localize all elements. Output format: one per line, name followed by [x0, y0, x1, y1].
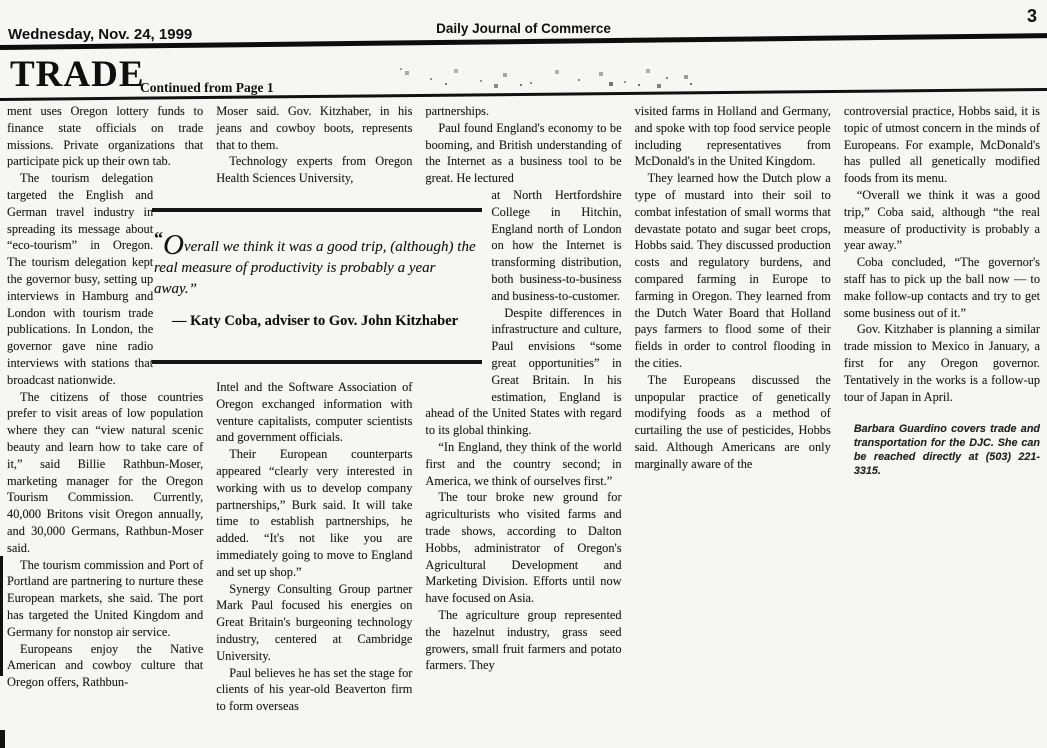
scan-edge-mark-bottom — [0, 730, 5, 748]
paragraph: Their European counterparts appeared “cl… — [216, 446, 412, 580]
page-number: 3 — [1027, 6, 1037, 27]
article-column-3: partnerships. Paul found England's econo… — [425, 100, 621, 748]
paragraph: Synergy Consulting Group partner Mark Pa… — [216, 581, 412, 665]
paragraph: Intel and the Software Association of Or… — [216, 379, 412, 446]
newspaper-page: { "masthead": { "date": "Wednesday, Nov.… — [0, 0, 1047, 748]
paragraph: Coba concluded, “The governor's staff ha… — [844, 254, 1040, 321]
article-column-1: ment uses Oregon lottery funds to financ… — [7, 100, 203, 748]
reporter-contact-note: Barbara Guardino covers trade and transp… — [844, 423, 1040, 478]
paragraph: Gov. Kitzhaber is planning a similar tra… — [844, 321, 1040, 405]
pull-quote-attribution: — Katy Coba, adviser to Gov. John Kitzha… — [172, 313, 478, 330]
paragraph: Europeans enjoy the Native American and … — [7, 641, 203, 691]
paragraph: controversial practice, Hobbs said, it i… — [844, 103, 1040, 187]
paragraph: The agriculture group represented the ha… — [425, 607, 621, 674]
paragraph: The tour broke new ground for agricultur… — [425, 489, 621, 607]
paragraph: “In England, they think of the world fir… — [425, 439, 621, 489]
paragraph: Moser said. Gov. Kitzhaber, in his jeans… — [216, 103, 412, 153]
article-column-4: visited farms in Holland and Germany, an… — [635, 100, 831, 748]
paragraph: Paul believes he has set the stage for c… — [216, 665, 412, 715]
paragraph: The Europeans discussed the unpopular pr… — [635, 372, 831, 473]
paragraph: ment uses Oregon lottery funds to financ… — [7, 103, 203, 170]
paragraph: visited farms in Holland and Germany, an… — [635, 103, 831, 170]
scan-edge-mark — [0, 556, 3, 676]
paragraph: They learned how the Dutch plow a type o… — [635, 170, 831, 372]
paragraph: The tourism commission and Port of Portl… — [7, 557, 203, 641]
pull-quote-open-mark: “ — [154, 228, 163, 248]
pull-quote-body: verall we think it was a good trip, (alt… — [154, 239, 476, 297]
pull-quote-text: “Overall we think it was a good trip, (a… — [154, 228, 478, 300]
section-headline: TRADE — [10, 58, 145, 92]
pull-quote-initial-cap: O — [163, 229, 184, 261]
article-column-2: Moser said. Gov. Kitzhaber, in his jeans… — [216, 100, 412, 748]
continued-from-label: Continued from Page 1 — [140, 80, 274, 96]
pull-quote: “Overall we think it was a good trip, (a… — [152, 208, 482, 364]
page-date: Wednesday, Nov. 24, 1999 — [8, 26, 192, 43]
paragraph: The citizens of those countries prefer t… — [7, 389, 203, 557]
paragraph: Paul found England's economy to be boomi… — [425, 120, 621, 187]
paragraph: “Overall we think it was a good trip,” C… — [844, 187, 1040, 254]
article-column-5: controversial practice, Hobbs said, it i… — [844, 100, 1040, 748]
paragraph: Technology experts from Oregon Health Sc… — [216, 153, 412, 187]
article-body: ment uses Oregon lottery funds to financ… — [7, 100, 1040, 748]
publication-name: Daily Journal of Commerce — [436, 21, 611, 36]
paragraph: partnerships. — [425, 103, 621, 120]
scan-noise-speckles — [400, 68, 402, 70]
